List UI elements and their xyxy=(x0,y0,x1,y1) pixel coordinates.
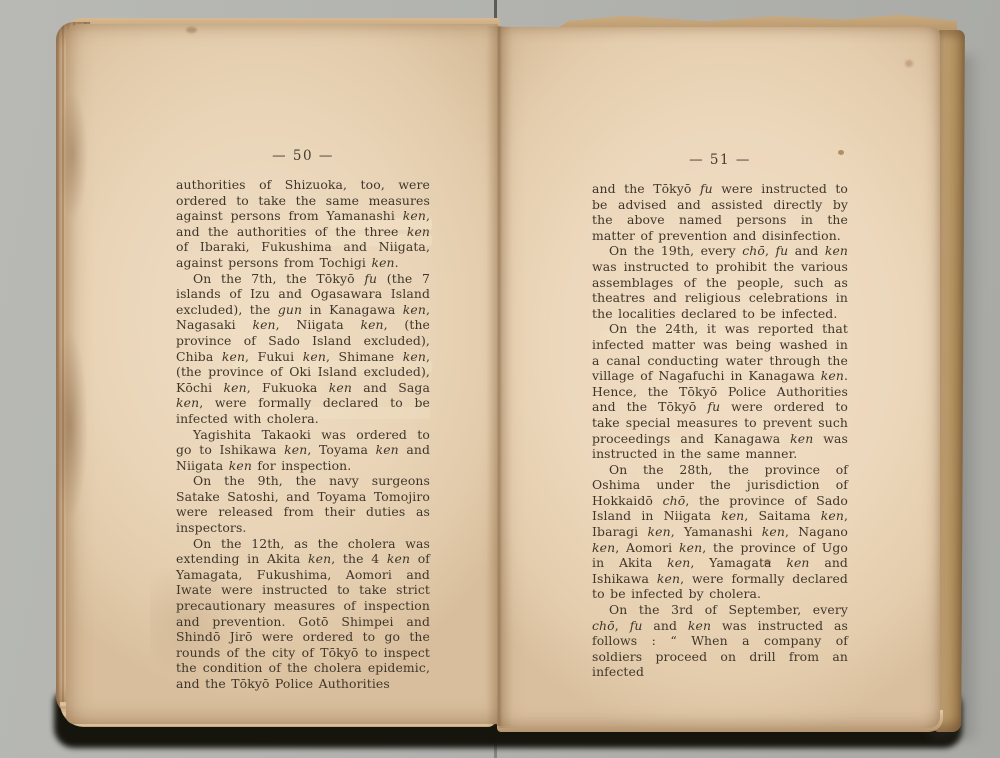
text-run: On the 7th, the Tōkyō xyxy=(193,271,364,286)
text-run: , Yamanashi xyxy=(671,524,762,539)
text-run: , Fukuoka xyxy=(247,380,329,395)
italic-term: chō xyxy=(592,618,615,633)
italic-term: ken xyxy=(329,380,352,395)
text-run: and the Tōkyō xyxy=(592,181,700,196)
text-run: of Yamagata, Fukushima, Aomori and Iwate… xyxy=(176,551,430,691)
italic-term: fu xyxy=(630,618,643,633)
text-run: , xyxy=(765,243,776,258)
italic-term: chō xyxy=(742,243,765,258)
text-run: On the 24th, it was reported that infect… xyxy=(592,321,848,383)
right-page-text: and the Tōkyō fu were instructed to be a… xyxy=(592,181,848,680)
text-run: , Fukui xyxy=(245,349,303,364)
italic-term: gun xyxy=(278,302,302,317)
text-run: , Yamagata xyxy=(690,555,786,570)
italic-term: ken xyxy=(762,524,785,539)
italic-term: ken xyxy=(224,380,247,395)
italic-term: ken xyxy=(648,524,671,539)
paragraph: and the Tōkyō fu were instructed to be a… xyxy=(592,181,848,243)
italic-term: fu xyxy=(775,243,788,258)
paragraph: On the 19th, every chō, fu and ken was i… xyxy=(592,243,848,321)
italic-term: ken xyxy=(688,618,711,633)
paragraph: authorities of Shizuoka, too, were order… xyxy=(176,177,430,271)
italic-term: ken xyxy=(403,208,426,223)
table-surface: — 50 — — 51 — authorities of Shizuoka, t… xyxy=(0,0,1000,758)
italic-term: ken xyxy=(667,555,690,570)
italic-term: ken xyxy=(821,508,844,523)
text-run: , Toyama xyxy=(307,442,375,457)
text-run: , Shimane xyxy=(326,349,403,364)
italic-term: ken xyxy=(592,540,615,555)
paragraph: On the 12th, as the cholera was extendin… xyxy=(176,536,430,692)
paragraph: On the 7th, the Tōkyō fu (the 7 islands … xyxy=(176,271,430,427)
text-run: , were formally declared to be infected … xyxy=(176,395,430,426)
text-run: in Kanagawa xyxy=(302,302,403,317)
page-number-left: — 50 — xyxy=(176,148,430,164)
italic-term: chō xyxy=(663,493,686,508)
italic-term: ken xyxy=(403,349,426,364)
text-run: was instructed to prohibit the various a… xyxy=(592,259,848,321)
italic-term: ken xyxy=(222,349,245,364)
italic-term: ken xyxy=(308,551,331,566)
page-number-right: — 51 — xyxy=(592,152,848,168)
italic-term: ken xyxy=(679,540,702,555)
paragraph: On the 9th, the navy surgeons Satake Sat… xyxy=(176,473,430,535)
italic-term: fu xyxy=(700,181,713,196)
paragraph: On the 3rd of September, every chō, fu a… xyxy=(592,602,848,680)
italic-term: ken xyxy=(376,442,399,457)
paragraph: Yagishita Takaoki was ordered to go to I… xyxy=(176,427,430,474)
text-run: and Saga xyxy=(352,380,430,395)
text-run: for inspection. xyxy=(252,458,351,473)
gutter-crease xyxy=(486,26,512,726)
italic-term: ken xyxy=(252,317,275,332)
text-run: . xyxy=(395,255,399,270)
text-run: On the 9th, the navy surgeons Satake Sat… xyxy=(176,473,430,535)
paragraph: On the 28th, the province of Oshima unde… xyxy=(592,462,848,602)
italic-term: ken xyxy=(229,458,252,473)
text-run: and xyxy=(788,243,825,258)
italic-term: ken xyxy=(721,508,744,523)
text-run: On the 19th, every xyxy=(609,243,742,258)
italic-term: ken xyxy=(825,243,848,258)
text-run: , Aomori xyxy=(615,540,679,555)
italic-term: fu xyxy=(707,399,720,414)
text-run: , Saitama xyxy=(744,508,820,523)
italic-term: ken xyxy=(790,431,813,446)
italic-term: ken xyxy=(403,302,426,317)
text-run: and xyxy=(643,618,688,633)
italic-term: ken xyxy=(657,571,680,586)
paragraph: On the 24th, it was reported that infect… xyxy=(592,321,848,461)
italic-term: ken xyxy=(821,368,844,383)
italic-term: ken xyxy=(786,555,809,570)
text-run: authorities of Shizuoka, too, were order… xyxy=(176,177,430,223)
text-run: , xyxy=(615,618,630,633)
italic-term: ken xyxy=(371,255,394,270)
text-run: On the 3rd of September, every xyxy=(609,602,848,617)
italic-term: fu xyxy=(364,271,377,286)
text-run: , Niigata xyxy=(276,317,361,332)
italic-term: ken xyxy=(407,224,430,239)
italic-term: ken xyxy=(284,442,307,457)
text-run: , the 4 xyxy=(331,551,387,566)
italic-term: ken xyxy=(176,395,199,410)
italic-term: ken xyxy=(360,317,383,332)
italic-term: ken xyxy=(387,551,410,566)
left-page-text: authorities of Shizuoka, too, were order… xyxy=(176,177,430,692)
text-run: , Nagano xyxy=(785,524,848,539)
italic-term: ken xyxy=(303,349,326,364)
